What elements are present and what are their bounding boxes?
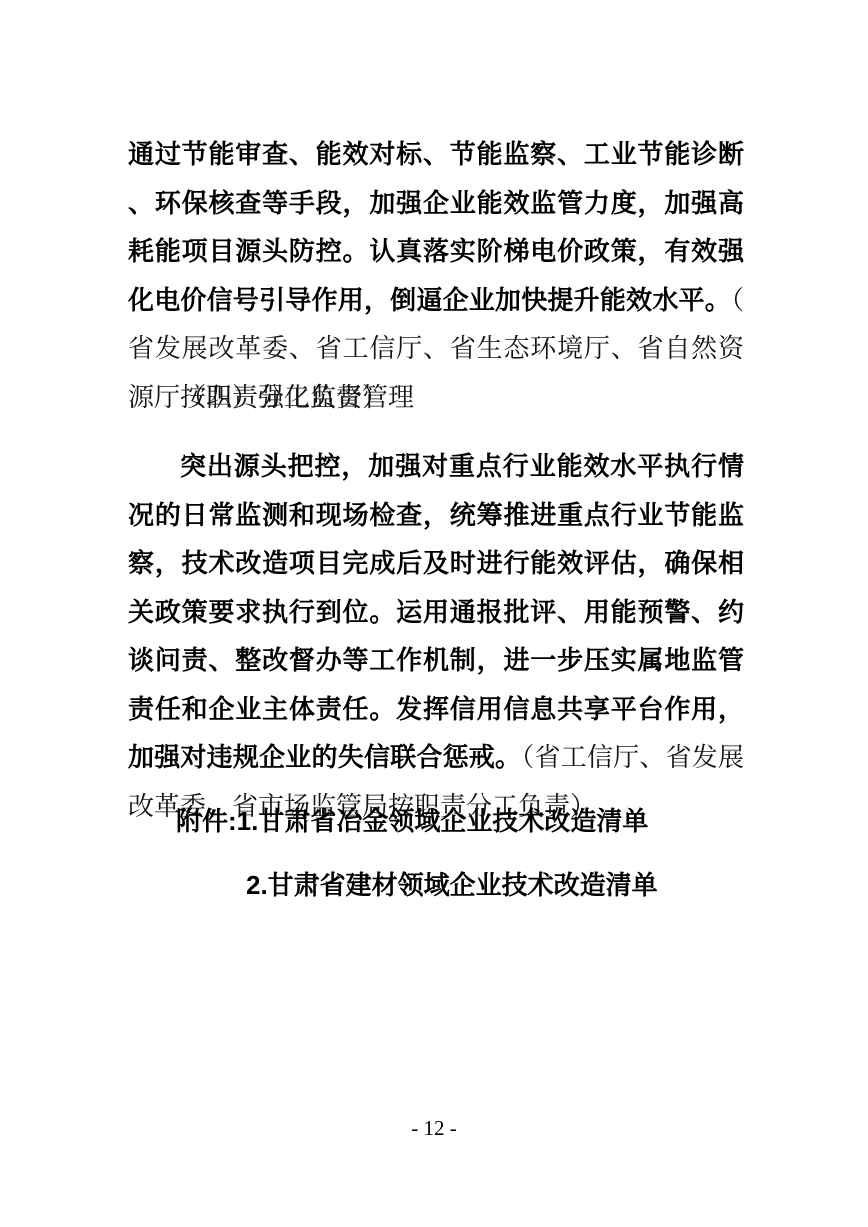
document-page: 通过节能审查、能效对标、节能监察、工业节能诊断、环保核查等手段，加强企业能效监管…: [0, 0, 868, 1227]
paragraph-supervision-management: 突出源头把控，加强对重点行业能效水平执行情况的日常监测和现场检查，统筹推进重点行…: [128, 442, 744, 830]
section-heading-4: （四）强化监督管理: [128, 373, 744, 422]
paragraph-1-body-text: 通过节能审查、能效对标、节能监察、工业节能诊断、环保核查等手段，加强企业能效监管…: [128, 139, 744, 315]
attachments-list: 附件:1.甘肃省冶金领域企业技术改造清单 2.甘肃省建材领域企业技术改造清单: [128, 789, 744, 917]
page-number: - 12 -: [0, 1116, 868, 1141]
paragraph-2-body-text: 突出源头把控，加强对重点行业能效水平执行情况的日常监测和现场检查，统筹推进重点行…: [128, 451, 744, 772]
attachment-item-2: 2.甘肃省建材领域企业技术改造清单: [246, 853, 744, 917]
attachment-item-1: 附件:1.甘肃省冶金领域企业技术改造清单: [176, 789, 744, 853]
